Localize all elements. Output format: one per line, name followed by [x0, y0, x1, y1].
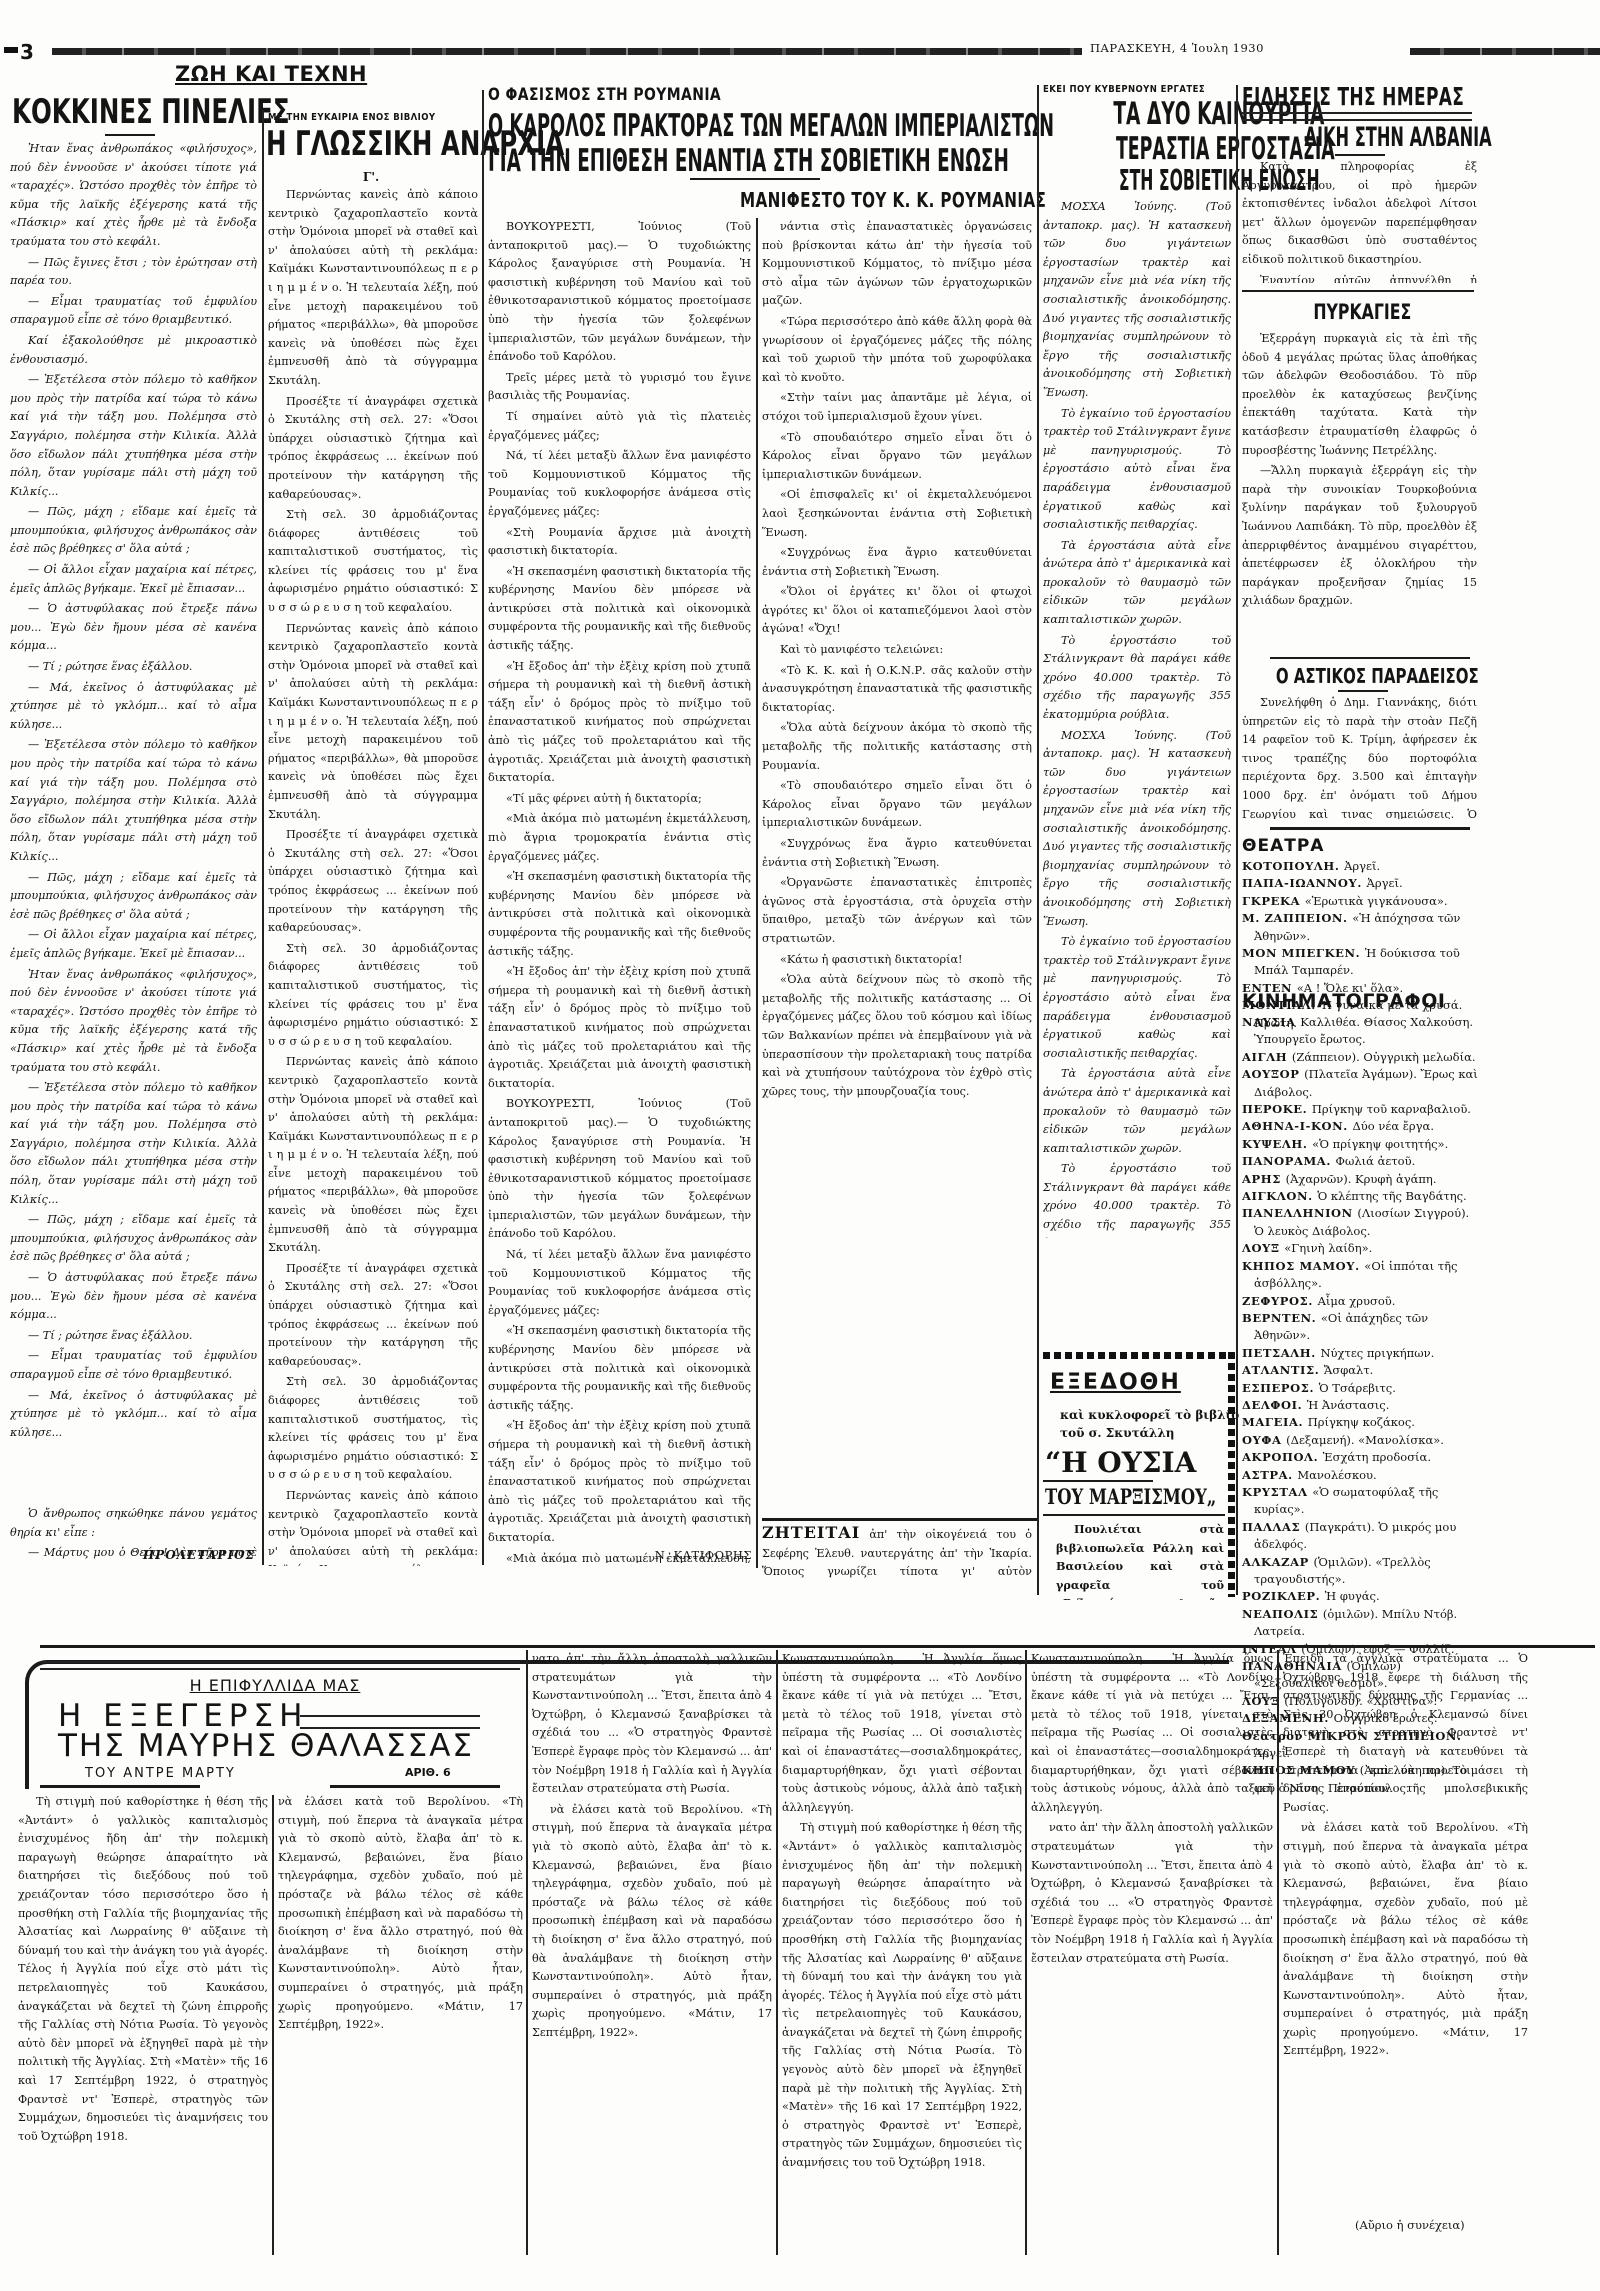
ad-rule: [1043, 1514, 1225, 1516]
headline-text: ΚΟΚΚΙΝΕΣ ΠΙΝΕΛΙΕΣ: [12, 92, 290, 132]
feuilleton-frame-top: [40, 1661, 520, 1670]
feuilleton-title-line2: ΤΗΣ ΜΑΥΡΗΣ ΘΑΛΑΣΣΑΣ: [58, 1728, 474, 1764]
show-title: Αἷμα χρυσοῦ.: [1318, 1294, 1396, 1308]
paragraph: «Τί μᾶς φέρνει αὐτὴ ἡ δικτατορία;: [488, 790, 751, 809]
venue-name: ΑΡΗΣ: [1242, 1172, 1286, 1186]
article-astikos-paradeisos: Συνελήφθη ὁ Δημ. Γιαννάκης, διότι ὑπηρετ…: [1242, 694, 1477, 819]
show-title: Ἐσχάτη προδοσία.: [1323, 1450, 1431, 1464]
listing-item: ΠΕΡΟΚΕ. Πρίγκηψ τοῦ καρναβαλιοῦ.: [1242, 1101, 1482, 1118]
paragraph: Τὴ στιγμὴ πού καθορίστηκε ἡ θέση τῆς «Ἀν…: [782, 1819, 1022, 2172]
paragraph: ΒΟΥΚΟΥΡΕΣΤΙ, Ἰούνιος (Τοῦ ἀνταποκριτοῦ μ…: [488, 1095, 751, 1244]
paragraph: — Τί ; ρώτησε ἕνας ἐξάλλου.: [10, 658, 257, 677]
column-divider: [1277, 1650, 1279, 2255]
section-text: Ο ΦΑΣΙΣΜΟΣ ΣΤΗ ΡΟΥΜΑΝΙΑ: [488, 85, 721, 105]
venue-name: ΑΙΓΛΗ: [1242, 1050, 1292, 1064]
venue-name: ΜΑΓΕΙΑ.: [1242, 1415, 1308, 1429]
venue-name: ΑΘΗΝΑ-Ι-ΚΟΝ.: [1242, 1119, 1353, 1133]
paragraph: — Τί ; ρώτησε ἕνας ἐξάλλου.: [10, 1327, 257, 1346]
paragraph: Τὰ ἐργοστάσια αὐτὰ εἶνε ἀνώτερα ἀπὸ τ' ἀ…: [1043, 1065, 1231, 1158]
paragraph: «Ἡ σκεπασμένη φασιστικὴ δικτατορία τῆς κ…: [488, 868, 751, 961]
kicker-text: ΜΕ ΤΗΝ ΕΥΚΑΙΡΙΑ ΕΝΟΣ ΒΙΒΛΙΟΥ: [268, 112, 435, 123]
paragraph: — Πῶς, μάχη ; εἴδαμε καί ἐμεῖς τὰ μπουμπ…: [10, 869, 257, 925]
listing-item: ΛΟΥΞ «Γηινὴ λαίδη».: [1242, 1240, 1482, 1257]
feuilleton-column-3: νατο ἀπ' τὴν ἄλλη ἀποστολὴ γαλλικῶν στρα…: [532, 1650, 772, 2255]
ad-line1: καὶ κυκλοφορεῖ τὸ βιβλίο: [1060, 1408, 1239, 1422]
listing-item: ΑΡΗΣ (Ἀχαρνῶν). Κρυφὴ ἀγάπη.: [1242, 1171, 1482, 1188]
show-title: Νύχτες πριγκήπων.: [1320, 1346, 1434, 1360]
part-number: Γ'.: [266, 170, 476, 184]
show-title: Ἡ Ἀνάστασις.: [1307, 1398, 1390, 1412]
paragraph: — Πῶς ἔγινες ἔτσι ; τὸν ἐρώτησαν στὴ παρ…: [10, 254, 257, 291]
paragraph: Στὴ σελ. 30 ἀρμοδιάζοντας διάφορες ἀντιθ…: [268, 506, 478, 618]
paragraph: Στὴ σελ. 30 ἀρμοδιάζοντας διάφορες ἀντιθ…: [268, 1373, 478, 1485]
paragraph: Προσέξτε τί ἀναγράφει σχετικὰ ὁ Σκυτάλης…: [268, 393, 478, 505]
paragraph: νατο ἀπ' τὴν ἄλλη ἀποστολὴ γαλλικῶν στρα…: [532, 1650, 772, 1799]
paragraph: — Μά, ἐκεῖνος ὁ ἀστυφύλακας μὲ χτύπησε μ…: [10, 1387, 257, 1443]
paragraph: Ἐξερράγη πυρκαγιὰ εἰς τὰ ἐπὶ τῆς ὁδοῦ 4 …: [1242, 330, 1477, 460]
ad-border-right: [1228, 1352, 1235, 1597]
feuilleton-column-5: Κωνσταντινούπολη ... Ἡ Ἀγγλία ὅμως ὑπέστ…: [1031, 1650, 1273, 2255]
paragraph: νάντια στὶς ἐπαναστατικὲς ὀργανώσεις ποὺ…: [762, 218, 1032, 311]
feuilleton-bottom-rule: [330, 1785, 500, 1788]
section-divider: [1242, 290, 1474, 292]
ad-rule: [1043, 1480, 1153, 1482]
paragraph: «Τὸ Κ. Κ. καὶ ἡ Ο.Κ.Ν.Ρ. σᾶς καλοῦν στὴν…: [762, 662, 1032, 718]
section-divider: [1270, 657, 1470, 659]
kicker-text: Η ΕΠΙΦΥΛΛΙΔΑ ΜΑΣ: [190, 1676, 361, 1695]
paragraph: Περνώντας κανεὶς ἀπὸ κάποιο κεντρικὸ ζαχ…: [268, 620, 478, 825]
column-divider: [526, 1650, 528, 2255]
paragraph: «Τώρα περισσότερο ἀπὸ κάθε ἄλλη φορὰ θὰ …: [762, 313, 1032, 387]
show-title: Ὁ κλέπτης τῆς Βαγδάτης.: [1317, 1189, 1466, 1203]
headline-text: Ο ΚΑΡΟΛΟΣ ΠΡΑΚΤΟΡΑΣ ΤΩΝ ΜΕΓΑΛΩΝ ΙΜΠΕΡΙΑΛ…: [488, 108, 1054, 144]
show-title: Ἀργεῖ.: [1344, 859, 1380, 873]
listing-item: ΑΙΓΛΗ (Ζάππειον). Οὑγγρικὴ μελωδία.: [1242, 1049, 1482, 1066]
listing-item: ΟΥΦΑ (Δεξαμενή). «Μανολίσκα».: [1242, 1432, 1482, 1449]
paragraph: Στὴ σελ. 30 ἀρμοδιάζοντας διάφορες ἀντιθ…: [268, 940, 478, 1052]
column-divider: [1236, 85, 1238, 1595]
paragraph: Συνελήφθη ὁ Δημ. Γιαννάκης, διότι ὑπηρετ…: [1242, 694, 1477, 819]
ad-body: Πουλιέται στὰ βιβλιοπωλεῖα Ράλλη καὶ Βασ…: [1056, 1520, 1224, 1600]
venue-name: ΚΥΨΕΛΗ.: [1242, 1137, 1312, 1151]
venue-name: ΑΚΡΟΠΟΛ.: [1242, 1450, 1323, 1464]
section-eidiseis: ΕΙΔΗΣΕΙΣ ΤΗΣ ΗΜΕΡΑΣ: [1242, 82, 1569, 111]
paragraph: Τὸ ἐγκαίνιο τοῦ ἐργοστασίου τρακτὲρ τοῦ …: [1043, 405, 1231, 535]
paragraph: — Εἶμαι τραυματίας τοῦ ἐμφυλίου σπαραγμο…: [10, 293, 257, 330]
feuilleton-top-rule: [40, 1645, 1595, 1648]
show-title: «Γηινὴ λαίδη».: [1284, 1241, 1372, 1255]
paragraph: «Στὴν ταίνι μας ἀπαντᾶμε μὲ λέγια, οἱ στ…: [762, 389, 1032, 426]
paragraph: «Συγχρόνως ἕνα ἄγριο κατευθύνεται ἐνάντι…: [762, 544, 1032, 581]
venue-name: ΟΥΦΑ: [1242, 1433, 1286, 1447]
listing-item: ΚΡΥΣΤΑΛ «Ὁ σωματοφύλαξ τῆς κυρίας».: [1242, 1484, 1482, 1519]
continued-note: (Αὔριο ἡ συνέχεια): [1355, 2218, 1465, 2232]
paragraph: «Μιὰ ἀκόμα πιὸ ματωμένη ἐκμετάλλευση, πι…: [488, 810, 751, 866]
listing-item: ΒΕΡΝΤΕΝ. «Οἱ ἀπάχηδες τῶν Ἀθηνῶν».: [1242, 1310, 1482, 1345]
ad-title-exedothi: ΕΞΕΔΟΘΗ: [1050, 1370, 1181, 1395]
paragraph: «Ἡ ἔξοδος ἀπ' τὴν ἐξὲιχ κρίση ποὺ χτυπᾶ …: [488, 658, 751, 788]
listing-item: ΑΤΛΑΝΤΙΣ. Ἄσφαλτ.: [1242, 1362, 1482, 1379]
headline-text: Ο ΑΣΤΙΚΟΣ ΠΑΡΑΔΕΙΣΟΣ: [1276, 664, 1479, 688]
paragraph: Ἠταν ἕνας ἀνθρωπάκος «φιλήσυχος», πού δὲ…: [10, 966, 257, 1078]
notice-title: ΖΗΤΕΙΤΑΙ: [762, 1524, 860, 1542]
paragraph: Ὁ ἄνθρωπος σηκώθηκε πάνου γεμάτος θηρία …: [10, 1505, 257, 1542]
column-divider: [262, 110, 264, 1565]
paragraph: Τὴ στιγμὴ πού καθορίστηκε ἡ θέση τῆς «Ἀν…: [18, 1793, 268, 2146]
show-title: Δύο νέα ἔργα.: [1353, 1119, 1434, 1133]
paragraph: ΒΟΥΚΟΥΡΕΣΤΙ, Ἰούνιος (Τοῦ ἀνταποκριτοῦ μ…: [488, 218, 751, 367]
ad-line2: τοῦ σ. Σκυτάλλη: [1060, 1426, 1174, 1440]
listing-item: ΜΟΝ ΜΠΕΓΚΕΝ. Ἡ δούκισσα τοῦ Μπάλ Ταμπαρέ…: [1242, 945, 1482, 980]
venue-name: ΠΑΝΕΛΛΗΝΙΟΝ: [1242, 1206, 1357, 1220]
paragraph: Τὸ ἐργοστάσιο τοῦ Στάλινγκραντ θὰ παράγε…: [1043, 632, 1231, 725]
masthead-rule-right: [1410, 48, 1600, 55]
section-text: ΕΙΔΗΣΕΙΣ ΤΗΣ ΗΜΕΡΑΣ: [1242, 82, 1464, 111]
listing-item: ΚΟΤΟΠΟΥΛΗ. Ἀργεῖ.: [1242, 858, 1482, 875]
paragraph: Τὰ ἐργοστάσια αὐτὰ εἶνε ἀνώτερα ἀπὸ τ' ἀ…: [1043, 537, 1231, 630]
paragraph: Τρεῖς μέρες μετὰ τὸ γυρισμό του ἔγινε βα…: [488, 369, 751, 406]
headline-text: ΓΙΑ ΤΗΝ ΕΠΙΘΕΣΗ ΕΝΑΝΤΙΑ ΣΤΗ ΣΟΒΙΕΤΙΚΗ ΕΝ…: [488, 143, 1009, 179]
venue-name: ΚΡΥΣΤΑΛ: [1242, 1485, 1312, 1499]
paragraph: Νά, τί λέει μεταξὺ ἄλλων ἕνα μανιφέστο τ…: [488, 447, 751, 521]
paragraph: Ἠταν ἕνας ἀνθρωπάκος «φιλήσυχος», πού δὲ…: [10, 140, 257, 252]
paragraph: — Πῶς, μάχη ; εἴδαμε καί ἐμεῖς τὰ μπουμπ…: [10, 503, 257, 559]
show-title: «Ὁ πρίγκηψ φοιτητής».: [1312, 1137, 1448, 1151]
listing-item: ΕΣΠΕΡΟΣ. Ὁ Τσάρεβιτς.: [1242, 1380, 1482, 1397]
listing-item: ΠΑΠΑ-ΙΩΑΝΝΟΥ. Ἀργεῖ.: [1242, 875, 1482, 892]
paragraph: — Οἱ ἄλλοι εἶχαν μαχαίρια καί πέτρες, ἐμ…: [10, 561, 257, 598]
article-ergostasia: ΜΟΣΧΑ Ἰούνης. (Τοῦ ἀνταποκρ. μας). Ἡ κατ…: [1043, 198, 1231, 1238]
feuilleton-column-6: Ἐπειδὴ τὰ ἀγγλικὰ στρατεύματα ... Ὁ Ὀχτώ…: [1283, 1650, 1528, 2215]
signature-katiforis: Ν. ΚΑΤΙΦΟΡΗΣ: [620, 1548, 752, 1562]
show-title: Ὁ Τσάρεβιτς.: [1319, 1381, 1396, 1395]
section-fasismos: Ο ΦΑΣΙΣΜΟΣ ΣΤΗ ΡΟΥΜΑΝΙΑ: [488, 85, 772, 105]
venue-name: ΚΟΤΟΠΟΥΛΗ.: [1242, 859, 1344, 873]
venue-name: ΠΑΝΟΡΑΜΑ.: [1242, 1154, 1336, 1168]
paragraph: — Ὁ ἀστυφύλακας πού ἔτρεξε πάνω μου... Ἐ…: [10, 1269, 257, 1325]
paragraph: Τὸ ἐγκαίνιο τοῦ ἐργοστασίου τρακτὲρ τοῦ …: [1043, 933, 1231, 1063]
listing-item: ΝΕΑΠΟΛΙΣ (ὁμιλῶν). Μπίλυ Ντόβ. Λατρεία.: [1242, 1606, 1482, 1641]
listing-item: ΠΕΤΣΑΛΗ. Νύχτες πριγκήπων.: [1242, 1345, 1482, 1362]
listing-item: ΑΚΡΟΠΟΛ. Ἐσχάτη προδοσία.: [1242, 1449, 1482, 1466]
section-divider: [1270, 827, 1470, 830]
col5-headline-2: ΤΕΡΑΣΤΙΑ ΕΡΓΟΣΤΑΣΙΑ: [1030, 131, 1246, 167]
col5-headline-3: ΣΤΗ ΣΟΒΙΕΤΙΚΗ ΕΝΩΣΗ: [1040, 164, 1236, 197]
title-double-rule: [300, 1715, 480, 1729]
kicker-glossiki: ΜΕ ΤΗΝ ΕΥΚΑΙΡΙΑ ΕΝΟΣ ΒΙΒΛΙΟΥ: [268, 112, 465, 123]
venue-name: ΑΙΓΚΛΟΝ.: [1242, 1189, 1317, 1203]
headline-divider: [105, 134, 155, 136]
venue-name: ΑΣΤΡΑ.: [1242, 1468, 1297, 1482]
venue-name: ΠΕΡΟΚΕ.: [1242, 1102, 1312, 1116]
paragraph: «Ὅλα αὐτὰ δείχνουν ἀκόμα τὸ σκοπὸ τῆς με…: [762, 719, 1032, 775]
paragraph: «Ὅλοι οἱ ἐργάτες κι' ὅλοι οἱ φτωχοὶ ἀγρό…: [762, 583, 1032, 639]
column-divider: [272, 1795, 274, 2255]
venue-name: ΑΤΛΑΝΤΙΣ.: [1242, 1363, 1324, 1377]
notice-text: ΖΗΤΕΙΤΑΙ ἀπ' τὴν οἰκογένειά του ὁ Σεφέρη…: [762, 1524, 1032, 1584]
paragraph: «Ὁλα αὐτὰ δείχνουν πὼς τὸ σκοπὸ τῆς μετα…: [762, 971, 1032, 1101]
venue-name: ΛΟΥΞ: [1242, 1241, 1284, 1255]
article-pyrkagies: Ἐξερράγη πυρκαγιὰ εἰς τὰ ἐπὶ τῆς ὁδοῦ 4 …: [1242, 330, 1477, 640]
paragraph: «Στὴ Ρουμανία ἄρχισε μιὰ ἀνοιχτὴ φασιστι…: [488, 524, 751, 561]
listing-item: ΡΟΖΙΚΛΕΡ. Ἡ φυγάς.: [1242, 1588, 1482, 1605]
paragraph: Καί ἐξακολούθησε μὲ μικροαστικὸ ἐνθουσια…: [10, 332, 257, 369]
column-divider: [482, 90, 484, 1565]
listing-item: ΑΣΤΡΑ. Μανολέσκου.: [1242, 1467, 1482, 1484]
venue-name: ΠΑΠΑ-ΙΩΑΝΝΟΥ.: [1242, 876, 1367, 890]
feuilleton-column-1: Τὴ στιγμὴ πού καθορίστηκε ἡ θέση τῆς «Ἀν…: [18, 1793, 268, 2253]
headline-pyrkagies: ΠΥΡΚΑΓΙΕΣ: [1242, 300, 1482, 324]
headline-text: ΔΙΚΗ ΣΤΗΝ ΑΛΒΑΝΙΑ: [1304, 122, 1491, 153]
headline-underline: [690, 178, 820, 180]
listing-item: ΚΗΠΟΣ ΜΑΜΟΥ. «Οἱ ἱππόται τῆς ἀσβόλλης».: [1242, 1258, 1482, 1293]
listing-item: ΖΕΦΥΡΟΣ. Αἷμα χρυσοῦ.: [1242, 1293, 1482, 1310]
paragraph: νὰ ἐλάσει κατὰ τοῦ Βερολίνου. «Τὴ στιγμὴ…: [278, 1793, 523, 2035]
listing-item: ΑΛΚΑΖΑΡ (Ὁμιλῶν). «Τρελλὸς τραγουδιστής»…: [1242, 1554, 1482, 1589]
feuilleton-kicker: Η ΕΠΙΦΥΛΛΙΔΑ ΜΑΣ: [40, 1676, 510, 1695]
cinemas-heading: ΚΙΝΗΜΑΤΟΓΡΑΦΟΙ: [1242, 990, 1445, 1012]
listing-item: ΠΑΛΛΑΣ (Παγκράτι). Ὁ μικρός μου ἀδελφός.: [1242, 1519, 1482, 1554]
paragraph: Προσέξτε τί ἀναγράφει σχετικὰ ὁ Σκυτάλης…: [268, 826, 478, 938]
ad-book-title-2: ΤΟΥ ΜΑΡΞΙΣΜΟΥ„: [1045, 1484, 1265, 1509]
paragraph: Περνώντας κανεὶς ἀπὸ κάποιο κεντρικὸ ζαχ…: [268, 186, 478, 391]
venue-name: ΕΣΠΕΡΟΣ.: [1242, 1381, 1319, 1395]
kicker-text: ΕΚΕΙ ΠΟΥ ΚΥΒΕΡΝΟΥΝ ΕΡΓΑΤΕΣ: [1043, 84, 1205, 95]
show-title: (Ζάππειον). Οὑγγρικὴ μελωδία.: [1292, 1050, 1476, 1064]
paragraph: — Μά, ἐκεῖνος ὁ ἀστυφύλακας μὲ χτύπησε μ…: [10, 679, 257, 735]
masthead-rule-mid: [752, 48, 1082, 55]
paragraph: Κωνσταντινούπολη ... Ἡ Ἀγγλία ὅμως ὑπέστ…: [1031, 1650, 1273, 1817]
listing-item: ΚΥΨΕΛΗ. «Ὁ πρίγκηψ φοιτητής».: [1242, 1136, 1482, 1153]
notice-divider: [762, 1518, 1037, 1521]
section-double-rule: [1242, 112, 1472, 121]
paragraph: Ἐναντίον αὐτῶν ἀπηγγέλθη ἡ κατηγορία, ὅτ…: [1242, 272, 1477, 283]
paragraph: Προσέξτε τί ἀναγράφει σχετικὰ ὁ Σκυτάλης…: [268, 1260, 478, 1372]
venue-name: Μ. ΖΑΠΠΕΙΟΝ.: [1242, 911, 1352, 925]
kicker-ekei-pou: ΕΚΕΙ ΠΟΥ ΚΥΒΕΡΝΟΥΝ ΕΡΓΑΤΕΣ: [1043, 84, 1234, 95]
listing-item: ΑΘΗΝΑ-Ι-ΚΟΝ. Δύο νέα ἔργα.: [1242, 1118, 1482, 1135]
column-divider: [1037, 85, 1039, 1595]
paragraph: «Ὀργανῶστε ἐπαναστατικὲς ἐπιτροπὲς ἀγῶνο…: [762, 874, 1032, 948]
page-number: 3: [20, 40, 34, 64]
ad-book-title-1: “Η ΟΥΣΙΑ: [1045, 1446, 1196, 1479]
show-title: (Δεξαμενή). «Μανολίσκα».: [1286, 1433, 1444, 1447]
paragraph: «Ἡ ἔξοδος ἀπ' τὴν ἐξὲιχ κρίση ποὺ χτυπᾶ …: [488, 963, 751, 1093]
venue-name: ΑΛΚΑΖΑΡ: [1242, 1555, 1314, 1569]
paragraph: Καὶ τὸ μανιφέστο τελειώνει:: [762, 641, 1032, 660]
listing-item: ΑΟΥΞΟΡ (Πλατεῖα Ἀγάμων). Ἔρως καὶ Διάβολ…: [1242, 1066, 1482, 1101]
theatres-heading: ΘΕΑΤΡΑ: [1242, 836, 1324, 856]
venue-name: ΝΕΑΠΟΛΙΣ: [1242, 1607, 1323, 1621]
paragraph: «Κάτω ἡ φασιστικὴ δικτατορία!: [762, 951, 1032, 970]
headline-divider: [1338, 690, 1388, 692]
article-kokkines-pinelies: Ἠταν ἕνας ἀνθρωπάκος «φιλήσυχος», πού δὲ…: [10, 140, 257, 1495]
paragraph: νατο ἀπ' τὴν ἄλλη ἀποστολὴ γαλλικῶν στρα…: [1031, 1819, 1273, 1968]
paragraph: Κατὰ πληροφορίας ἐξ Ἀργυροκάστρου, οἱ πρ…: [1242, 158, 1477, 270]
paragraph: Περνώντας κανεὶς ἀπὸ κάποιο κεντρικὸ ζαχ…: [268, 1487, 478, 1566]
paragraph: «Συγχρόνως ἕνα ἄγριο κατευθύνεται ἐνάντι…: [762, 835, 1032, 872]
book-title-text: ΤΟΥ ΜΑΡΞΙΣΜΟΥ„: [1045, 1484, 1216, 1509]
masthead-rule-left: [52, 48, 752, 55]
paragraph: «Τὸ σπουδαιότερο σημεῖο εἶναι ὅτι ὁ Κάρο…: [762, 429, 1032, 485]
date-line: ΠΑΡΑΣΚΕΥΗ, 4 Ἰουλη 1930: [1090, 41, 1264, 55]
venue-name: ΜΟΝ ΜΠΕΓΚΕΝ.: [1242, 946, 1365, 960]
paragraph: — Εἶμαι τραυματίας τοῦ ἐμφυλίου σπαραγμο…: [10, 1347, 257, 1384]
venue-name: ΚΗΠΟΣ ΜΑΜΟΥ.: [1242, 1259, 1364, 1273]
show-title: Πρίγκηψ τοῦ καρναβαλιοῦ.: [1312, 1102, 1471, 1116]
paragraph: «Οἱ ἐπισφαλεῖς κι' οἱ ἐκμεταλλευόμενοι λ…: [762, 486, 1032, 542]
show-title: Ἡ φυγάς.: [1325, 1589, 1380, 1603]
paragraph: Ἐπειδὴ τὰ ἀγγλικὰ στρατεύματα ... Ὁ Ὀχτώ…: [1283, 1650, 1528, 1817]
paragraph: ΜΟΣΧΑ Ἰούνης. (Τοῦ ἀνταποκρ. μας). Ἡ κατ…: [1043, 727, 1231, 932]
paragraph: «Ἡ ἔξοδος ἀπ' τὴν ἐξὲιχ κρίση ποὺ χτυπᾶ …: [488, 1417, 751, 1547]
paragraph: νὰ ἐλάσει κατὰ τοῦ Βερολίνου. «Τὴ στιγμὴ…: [532, 1801, 772, 2043]
venue-name: ΓΚΡΕΚΑ: [1242, 894, 1305, 908]
venue-name: ΒΕΡΝΤΕΝ.: [1242, 1311, 1321, 1325]
paragraph: Τὸ ἐργοστάσιο τοῦ Στάλινγκραντ θὰ παράγε…: [1043, 1160, 1231, 1238]
show-title: Ἀργεῖ.: [1367, 876, 1403, 890]
paragraph: — Οἱ ἄλλοι εἶχαν μαχαίρια καί πέτρες, ἐμ…: [10, 926, 257, 963]
paragraph: «Ἡ σκεπασμένη φασιστικὴ δικτατορία τῆς κ…: [488, 563, 751, 656]
show-title: Ἄσφαλτ.: [1324, 1363, 1373, 1377]
listing-item: Μ. ΖΑΠΠΕΙΟΝ. «Ἡ ἀπόχησσα τῶν Ἀθηνῶν».: [1242, 910, 1482, 945]
headline-astikos-paradeisos: Ο ΑΣΤΙΚΟΣ ΠΑΡΑΔΕΙΣΟΣ: [1242, 664, 1482, 688]
feuilleton-column-4: Κωνσταντινούπολη ... Ἡ Ἀγγλία ὅμως ὑπέστ…: [782, 1650, 1022, 2255]
venue-name: ΖΕΦΥΡΟΣ.: [1242, 1294, 1318, 1308]
lead-column-a: ΒΟΥΚΟΥΡΕΣΤΙ, Ἰούνιος (Τοῦ ἀνταποκριτοῦ μ…: [488, 218, 751, 1563]
signature-proletarios: ΠΡΟΛΕΤΑΡΙΟΣ: [130, 1548, 255, 1562]
column-divider: [776, 1650, 778, 2255]
venue-name: ΔΕΛΦΟΙ.: [1242, 1398, 1307, 1412]
article-diki-albania: Κατὰ πληροφορίας ἐξ Ἀργυροκάστρου, οἱ πρ…: [1242, 158, 1477, 283]
headline-diki-albania: ΔΙΚΗ ΣΤΗΝ ΑΛΒΑΝΙΑ: [1242, 122, 1482, 153]
paragraph: — Ἐξετέλεσα στὸν πόλεμο τὸ καθῆκον μου π…: [10, 1079, 257, 1209]
paragraph: νὰ ἐλάσει κατὰ τοῦ Βερολίνου. «Τὴ στιγμὴ…: [1283, 1819, 1528, 2061]
section-zoi-kai-texni: ΖΩΗ ΚΑΙ ΤΕΧΝΗ: [175, 62, 367, 86]
column-divider: [756, 218, 758, 1568]
listing-item: ΠΑΝΟΡΑΜΑ. Φωλιά ἀετοῦ.: [1242, 1153, 1482, 1170]
headline-text: ΠΥΡΚΑΓΙΕΣ: [1313, 300, 1411, 324]
feuilleton-bottom-rule: [40, 1785, 200, 1788]
paragraph: Τί σημαίνει αὐτὸ γιὰ τὶς πλατειὲς ἐργαζό…: [488, 408, 751, 445]
listing-item: ΠΑΝΕΛΛΗΝΙΟΝ (Λιοσίων Σιγγρού). Ὁ λευκὸς …: [1242, 1205, 1482, 1240]
venue-name: ΑΟΥΞΟΡ: [1242, 1067, 1304, 1081]
show-title: Φωλιά ἀετοῦ.: [1336, 1154, 1416, 1168]
listing-item: ΓΚΡΕΚΑ «Ἐρωτικὰ γιγκάνουσα».: [1242, 893, 1482, 910]
paragraph: —Ἄλλη πυρκαγιὰ ἐξερράγη εἰς τὴν παρὰ τὴν…: [1242, 462, 1477, 611]
venue-name: ΝΑΥΣΙΑ: [1242, 1015, 1300, 1029]
headline-divider: [1335, 154, 1385, 156]
paragraph: Περνώντας κανεὶς ἀπὸ κάποιο κεντρικὸ ζαχ…: [268, 1053, 478, 1258]
venue-name: ΡΟΖΙΚΛΕΡ.: [1242, 1589, 1325, 1603]
article-glossiki-anarchia: Περνώντας κανεὶς ἀπὸ κάποιο κεντρικὸ ζαχ…: [268, 186, 478, 1566]
listing-item: ΜΑΓΕΙΑ. Πρίγκηψ κοζάκος.: [1242, 1414, 1482, 1431]
paragraph: Κωνσταντινούπολη ... Ἡ Ἀγγλία ὅμως ὑπέστ…: [782, 1650, 1022, 1817]
paragraph: — Ἐξετέλεσα στὸν πόλεμο τὸ καθῆκον μου π…: [10, 736, 257, 866]
ad-border-top: [1043, 1352, 1233, 1359]
show-title: «Ἐρωτικὰ γιγκάνουσα».: [1305, 894, 1448, 908]
paragraph: — Ὁ ἀστυφύλακας πού ἔτρεξε πάνω μου... Ἐ…: [10, 600, 257, 656]
paragraph: «Ἡ σκεπασμένη φασιστικὴ δικτατορία τῆς κ…: [488, 1322, 751, 1415]
listing-item: ΑΙΓΚΛΟΝ. Ὁ κλέπτης τῆς Βαγδάτης.: [1242, 1188, 1482, 1205]
show-title: Μανολέσκου.: [1297, 1468, 1376, 1482]
col5-headline-1: ΤΑ ΔΥΟ ΚΑΙΝΟΥΡΓΙΑ: [1043, 96, 1233, 132]
listing-item: ΔΕΛΦΟΙ. Ἡ Ἀνάστασις.: [1242, 1397, 1482, 1414]
feuilleton-author: ΤΟΥ ΑΝΤΡΕ ΜΑΡΤΥ: [85, 1766, 236, 1781]
paragraph: «Τὸ σπουδαιότερο σημεῖο εἶναι ὅτι ὁ Κάρο…: [762, 777, 1032, 833]
listing-item: ΝΑΥΣΙΑ Καλλιθέα. Θίασος Χαλκούση. Ὑπουργ…: [1242, 1014, 1482, 1049]
paragraph: — Πῶς, μάχη ; εἴδαμε καί ἐμεῖς τὰ μπουμπ…: [10, 1211, 257, 1267]
feuilleton-issue: ΑΡΙΘ. 6: [405, 1766, 451, 1779]
page-marker-icon: [4, 47, 18, 53]
paragraph: — Ἐξετέλεσα στὸν πόλεμο τὸ καθῆκον μου π…: [10, 371, 257, 501]
paragraph: ΜΟΣΧΑ Ἰούνης. (Τοῦ ἀνταποκρ. μας). Ἡ κατ…: [1043, 198, 1231, 403]
show-title: Πρίγκηψ κοζάκος.: [1308, 1415, 1415, 1429]
notice-zitite: ΖΗΤΕΙΤΑΙ ἀπ' τὴν οἰκογένειά του ὁ Σεφέρη…: [762, 1524, 1032, 1584]
column-divider: [1025, 1650, 1027, 2255]
show-title: (Ἀχαρνῶν). Κρυφὴ ἀγάπη.: [1286, 1172, 1437, 1186]
lead-column-b: νάντια στὶς ἐπαναστατικὲς ὀργανώσεις ποὺ…: [762, 218, 1032, 1463]
subhead-text: ΜΑΝΙΦΕΣΤΟ ΤΟΥ Κ. Κ. ΡΟΥΜΑΝΙΑΣ: [740, 188, 1046, 212]
paragraph: Νά, τί λέει μεταξὺ ἄλλων ἕνα μανιφέστο τ…: [488, 1246, 751, 1320]
venue-name: ΠΑΛΛΑΣ: [1242, 1520, 1305, 1534]
feuilleton-column-2: νὰ ἐλάσει κατὰ τοῦ Βερολίνου. «Τὴ στιγμὴ…: [278, 1793, 523, 2253]
venue-name: ΠΕΤΣΑΛΗ.: [1242, 1346, 1320, 1360]
paragraph: Πουλιέται στὰ βιβλιοπωλεῖα Ράλλη καὶ Βασ…: [1056, 1520, 1224, 1600]
